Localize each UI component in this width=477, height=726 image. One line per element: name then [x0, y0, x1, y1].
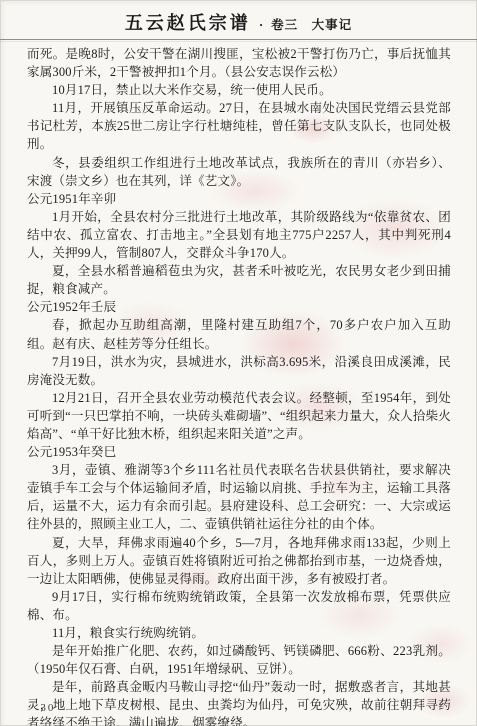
paragraph: 3月，壶镇、雅湖等3个乡111名社员代表联名告状县供销社，要求解决壶镇手车工会与… — [27, 461, 451, 533]
paragraph: 9月17日，实行棉布统购统销政策，全县第一次发放棉布票，凭票供应棉、布。 — [27, 588, 451, 624]
body-text: 而死。是晚8时，公安干警在湖川搜匪，宝松被2干警打伤乃亡，事后抚恤其家属300斤… — [0, 40, 477, 726]
paragraph: 7月19日，洪水为灾，县城进水，洪标高3.695米，沿溪良田成溪滩，民房淹没无数… — [27, 353, 451, 389]
paragraph: 夏，大旱，拜佛求雨遍40个乡，5—7月，各地拜佛求雨133起，少则上百人，多则上… — [27, 534, 451, 588]
year-heading: 公元1953年癸巳 — [27, 443, 451, 461]
title-separator: · — [259, 17, 263, 32]
paragraph: 夏，全县水稻普遍稻苞虫为灾，甚者禾叶被吃光，农民男女老少到田捕捉，粮食减产。 — [27, 262, 451, 298]
paragraph: 1月开始，全县农村分三批进行土地改革，其阶级路线为“依靠贫农、团结中农、孤立富农… — [27, 208, 451, 262]
book-title: 五云赵氏宗谱 — [125, 13, 251, 33]
paragraph: 11月，开展镇压反革命运动。27日，在县城水南处决国民党缙云县党部书记杜芳，本族… — [27, 99, 451, 153]
paragraph: 12月21日，召开全县农业劳动模范代表会议。经整顿，至1954年，到处可听到“一… — [27, 389, 451, 443]
volume-chapter-label: 卷三 大事记 — [271, 18, 352, 32]
paragraph: 10月17日，禁止以大米作交易，统一使用人民币。 — [27, 81, 451, 99]
page-number: · 30 · — [30, 702, 66, 714]
paragraph: 春，掀起办互助组高潮，里隆村建互助组7个，70多户农户加入互助组。赵有庆、赵桂芳… — [27, 316, 451, 352]
year-heading: 公元1952年壬辰 — [27, 298, 451, 316]
paragraph: 而死。是晚8时，公安干警在湖川搜匪，宝松被2干警打伤乃亡，事后抚恤其家属300斤… — [27, 45, 451, 81]
document-page: 五云赵氏宗谱 · 卷三 大事记 而死。是晚8时，公安干警在湖川搜匪，宝松被2干警… — [0, 0, 477, 726]
paragraph: 冬，县委组织工作组进行土地改革试点，我族所在的青川（亦岩乡）、宋渡（崇文乡）也在… — [27, 154, 451, 190]
paragraph: 是年开始推广化肥、农药，如过磷酸钙、钙镁磷肥、666粉、223乳剂。（1950年… — [27, 642, 451, 678]
page-header: 五云赵氏宗谱 · 卷三 大事记 — [0, 0, 477, 35]
year-heading: 公元1951年辛卯 — [27, 190, 451, 208]
paragraph: 是年，前路真金畈内马鞍山寻挖“仙丹”轰动一时，据敷惑者言，其地甚灵，地上地下草皮… — [27, 678, 451, 726]
paragraph: 11月，粮食实行统购统销。 — [27, 624, 451, 642]
